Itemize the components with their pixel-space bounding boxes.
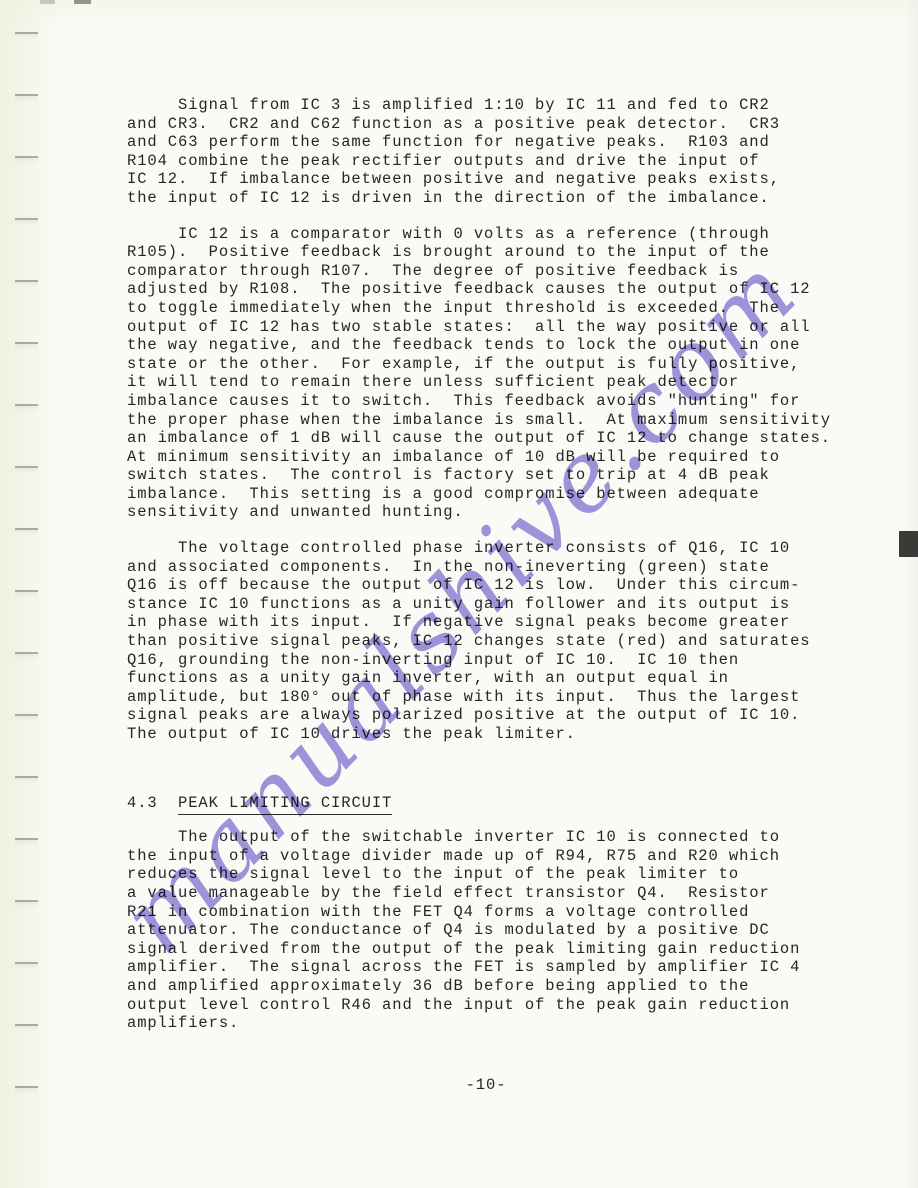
paragraph-peak-limiting: The output of the switchable inverter IC… xyxy=(127,828,867,1033)
binding-hole-marks xyxy=(15,32,38,1142)
scan-blotch-mark xyxy=(899,531,918,557)
paragraph-comparator: IC 12 is a comparator with 0 volts as a … xyxy=(127,225,867,523)
scan-edge-mark xyxy=(74,0,91,4)
document-page: Signal from IC 3 is amplified 1:10 by IC… xyxy=(0,0,918,1188)
section-number: 4.3 xyxy=(127,794,158,812)
page-content: Signal from IC 3 is amplified 1:10 by IC… xyxy=(127,96,867,1050)
page-number: -10- xyxy=(127,1076,845,1094)
paragraph-signal-detector: Signal from IC 3 is amplified 1:10 by IC… xyxy=(127,96,867,208)
scan-edge-mark xyxy=(40,0,55,4)
section-heading: 4.3 PEAK LIMITING CIRCUIT xyxy=(127,794,867,813)
section-heading-separator xyxy=(158,794,178,812)
paragraph-phase-inverter: The voltage controlled phase inverter co… xyxy=(127,539,867,744)
section-title: PEAK LIMITING CIRCUIT xyxy=(178,794,392,815)
